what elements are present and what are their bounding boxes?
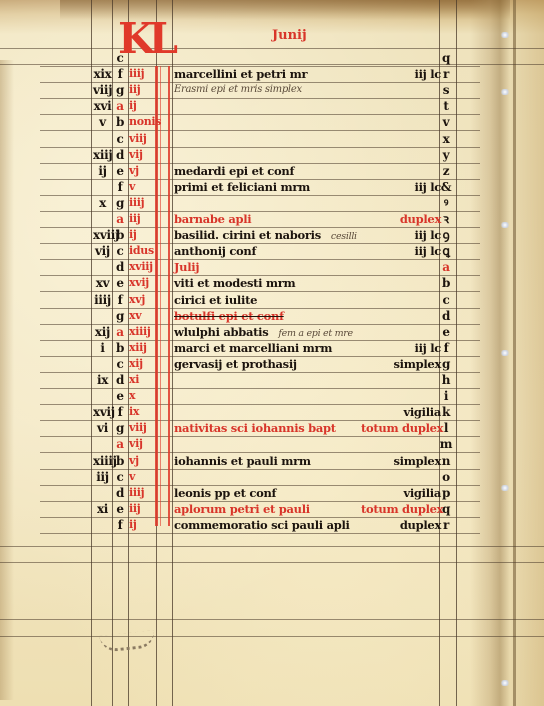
feast-grade: [361, 259, 441, 275]
feast-grade: simplex: [361, 356, 441, 372]
feast-text: Julij: [174, 260, 199, 274]
calendar-row: iijcvo: [91, 469, 456, 485]
feast-text: wlulphi abbatis: [174, 325, 268, 339]
calendar-row: avijm: [91, 436, 456, 452]
roman-date: ix: [129, 404, 155, 420]
day-letter: c: [439, 292, 453, 308]
dominical-letter: b: [114, 453, 126, 469]
feast-grade: [361, 308, 441, 324]
golden-number: i: [93, 340, 112, 356]
dominical-letter: f: [114, 292, 126, 308]
day-letter: z: [439, 163, 453, 179]
feast-text: gervasij et prothasij: [174, 357, 297, 371]
golden-number: xvij: [93, 404, 112, 420]
roman-date: xvj: [129, 292, 155, 308]
day-letter: x: [439, 131, 453, 147]
roman-date: viij: [129, 131, 155, 147]
dominical-letter: e: [114, 501, 126, 517]
feast-grade: vigilia: [361, 404, 441, 420]
ruling-horizontal: [0, 562, 544, 563]
feast-grade: [361, 469, 441, 485]
roman-date: v: [129, 469, 155, 485]
dominical-letter: a: [114, 98, 126, 114]
golden-number: iij: [93, 469, 112, 485]
dominical-letter: f: [114, 404, 126, 420]
dominical-letter: g: [114, 82, 126, 98]
roman-date: x: [129, 388, 155, 404]
golden-number: x: [93, 195, 112, 211]
calendar-row: fijcommemoratio sci pauli apliduplexr: [91, 517, 456, 533]
ruling-horizontal: [40, 533, 480, 534]
day-letter: d: [439, 308, 453, 324]
day-letter: n: [439, 453, 453, 469]
feast-grade: iij lc: [361, 243, 441, 259]
feast-text: Erasmi epi et mris simplex: [174, 84, 302, 95]
roman-date: nonis: [129, 114, 155, 130]
feast-text: medardi epi et conf: [174, 164, 294, 178]
calendar-row: xgiiijꝰ: [91, 195, 456, 211]
calendar-row: vigviijnativitas sci iohannis bapttotum …: [91, 420, 456, 436]
golden-number: xiiij: [93, 453, 112, 469]
roman-date: iij: [129, 211, 155, 227]
calendar-row: xiijdvijy: [91, 147, 456, 163]
day-letter: a: [439, 259, 453, 275]
golden-number: xvi: [93, 98, 112, 114]
feast-text: leonis pp et conf: [174, 486, 276, 500]
stitch-hole: [500, 32, 510, 38]
day-letter: p: [439, 485, 453, 501]
calendar-row: xviaijt: [91, 98, 456, 114]
feast-grade: simplex: [361, 453, 441, 469]
dominical-letter: c: [114, 131, 126, 147]
dominical-letter: b: [114, 340, 126, 356]
stitch-hole: [500, 680, 510, 686]
golden-number: [93, 259, 112, 275]
dominical-letter: a: [114, 324, 126, 340]
stitch-hole: [500, 485, 510, 491]
dominical-letter: f: [114, 179, 126, 195]
day-letter: s: [439, 82, 453, 98]
golden-number: [93, 356, 112, 372]
stitch-hole: [500, 222, 510, 228]
feast-text: primi et feliciani mrm: [174, 180, 310, 194]
dominical-letter: c: [114, 356, 126, 372]
day-letter: g: [439, 356, 453, 372]
golden-number: [93, 131, 112, 147]
dominical-letter: g: [114, 308, 126, 324]
roman-date: ij: [129, 98, 155, 114]
day-letter: q: [439, 501, 453, 517]
gutter-fold: [513, 0, 516, 706]
calendar-row: xieiijaplorum petri et paulitotum duplex…: [91, 501, 456, 517]
feast-grade: [361, 82, 441, 98]
dominical-letter: c: [114, 50, 126, 66]
golden-number: xiij: [93, 147, 112, 163]
roman-date: ij: [129, 517, 155, 533]
golden-number: viij: [93, 82, 112, 98]
day-letter: ꝛ: [439, 211, 453, 227]
golden-number: ix: [93, 372, 112, 388]
day-letter: k: [439, 404, 453, 420]
feast-grade: duplex: [361, 211, 441, 227]
roman-date: iij: [129, 501, 155, 517]
dominical-letter: e: [114, 275, 126, 291]
manuscript-page: KL Junij cqxixfiiijmarcellini et petri m…: [0, 0, 544, 706]
feast-grade: [361, 275, 441, 291]
golden-number: xi: [93, 501, 112, 517]
feast-grade: [361, 131, 441, 147]
golden-number: [93, 308, 112, 324]
calendar-row: xixfiiijmarcellini et petri mriij lcr: [91, 66, 456, 82]
dominical-letter: a: [114, 436, 126, 452]
day-letter: m: [439, 436, 453, 452]
golden-number: xij: [93, 324, 112, 340]
roman-date: vj: [129, 163, 155, 179]
stitch-hole: [500, 89, 510, 95]
day-letter: e: [439, 324, 453, 340]
calendar-row: viijgiijErasmi epi et mris simplexs: [91, 82, 456, 98]
calendar-row: xviijbijbasilid. cirini et naboriscesill…: [91, 227, 456, 243]
golden-number: vij: [93, 243, 112, 259]
ruling-horizontal: [0, 546, 544, 547]
roman-date: vij: [129, 436, 155, 452]
day-letter: b: [439, 275, 453, 291]
feast-text: anthonij conf: [174, 244, 256, 258]
day-letter: ꝰ: [439, 195, 453, 211]
stitch-hole: [500, 350, 510, 356]
golden-number: ij: [93, 163, 112, 179]
ruling-horizontal: [0, 619, 544, 620]
golden-number: [93, 179, 112, 195]
roman-date: xviij: [129, 259, 155, 275]
calendar-row: diiijleonis pp et confvigiliap: [91, 485, 456, 501]
day-letter: v: [439, 114, 453, 130]
feast-grade: iij lc: [361, 66, 441, 82]
ruling-horizontal: [0, 48, 544, 49]
feast-text: barnabe apli: [174, 212, 251, 226]
calendar-row: vbnonisv: [91, 114, 456, 130]
feast-grade: iij lc: [361, 179, 441, 195]
calendar-row: dxviijJulija: [91, 259, 456, 275]
day-letter: &: [439, 179, 453, 195]
day-letter: i: [439, 388, 453, 404]
feast-text: viti et modesti mrm: [174, 276, 295, 290]
calendar-row: fvprimi et feliciani mrmiij lc&: [91, 179, 456, 195]
roman-date: vj: [129, 453, 155, 469]
feast-text: basilid. cirini et naboris: [174, 228, 321, 242]
feast-grade: [361, 436, 441, 452]
dominical-letter: d: [114, 372, 126, 388]
dominical-letter: b: [114, 114, 126, 130]
day-letter: q: [439, 50, 453, 66]
day-letter: f: [439, 340, 453, 356]
feast-text: commemoratio sci pauli apli: [174, 518, 350, 532]
golden-number: iiij: [93, 292, 112, 308]
roman-date: viij: [129, 420, 155, 436]
roman-date: iiij: [129, 195, 155, 211]
roman-date: ij: [129, 227, 155, 243]
day-letter: r: [439, 517, 453, 533]
feast-text: aplorum petri et pauli: [174, 502, 310, 516]
calendar-row: xiiijbvjiohannis et pauli mrmsimplexn: [91, 453, 456, 469]
ruling-horizontal: [0, 636, 544, 637]
feast-grade: [361, 50, 441, 66]
dominical-letter: d: [114, 485, 126, 501]
month-heading: Junij: [272, 28, 307, 43]
calendar-row: cxijgervasij et prothasijsimplexg: [91, 356, 456, 372]
roman-date: xiiij: [129, 324, 155, 340]
feast-grade: duplex: [361, 517, 441, 533]
calendar-row: ijevjmedardi epi et confz: [91, 163, 456, 179]
roman-date: iiij: [129, 66, 155, 82]
roman-date: xiij: [129, 340, 155, 356]
feather-fragment: [99, 630, 155, 653]
golden-number: xv: [93, 275, 112, 291]
calendar-row: vijcidusanthonij confiij lcꝗ: [91, 243, 456, 259]
feast-grade: [361, 324, 441, 340]
water-stain-left: [0, 60, 14, 700]
golden-number: vi: [93, 420, 112, 436]
golden-number: xviij: [93, 227, 112, 243]
calendar-row: xijaxiiijwlulphi abbatisfem a epi et mre…: [91, 324, 456, 340]
roman-date: idus: [129, 243, 155, 259]
calendar-row: xvexvijviti et modesti mrmb: [91, 275, 456, 291]
golden-number: [93, 388, 112, 404]
dominical-letter: c: [114, 243, 126, 259]
feast-grade: [361, 292, 441, 308]
day-letter: ꝗ: [439, 243, 453, 259]
feast-text: botulfi epi et conf: [174, 309, 284, 323]
dominical-letter: f: [114, 66, 126, 82]
feast-grade: [361, 195, 441, 211]
calendar-row: gxvbotulfi epi et confd: [91, 308, 456, 324]
dominical-letter: d: [114, 147, 126, 163]
calendar-row: ixdxih: [91, 372, 456, 388]
feast-grade: [361, 114, 441, 130]
roman-date: xv: [129, 308, 155, 324]
calendar-row: cviijx: [91, 131, 456, 147]
ruling-vertical: [456, 0, 457, 706]
calendar-row: ibxiijmarci et marcelliani mrmiij lcf: [91, 340, 456, 356]
feast-text: iohannis et pauli mrm: [174, 454, 311, 468]
day-letter: h: [439, 372, 453, 388]
calendar-row: aiijbarnabe apliduplexꝛ: [91, 211, 456, 227]
dominical-letter: f: [114, 517, 126, 533]
feast-text: marcellini et petri mr: [174, 67, 307, 81]
feast-text: cirici et iulite: [174, 293, 257, 307]
golden-number: v: [93, 114, 112, 130]
feast-grade: totum duplex: [361, 420, 441, 436]
feast-grade: [361, 388, 441, 404]
golden-number: [93, 50, 112, 66]
calendar-row: iiijfxvjcirici et iulitec: [91, 292, 456, 308]
feast-grade: [361, 163, 441, 179]
feast-grade: iij lc: [361, 227, 441, 243]
dominical-letter: e: [114, 388, 126, 404]
marginal-note: cesilli: [331, 231, 357, 242]
day-letter: y: [439, 147, 453, 163]
roman-date: v: [129, 179, 155, 195]
calendar-row: cq: [91, 50, 456, 66]
dominical-letter: c: [114, 469, 126, 485]
calendar-row: exi: [91, 388, 456, 404]
golden-number: [93, 436, 112, 452]
roman-date: vij: [129, 147, 155, 163]
feast-grade: [361, 147, 441, 163]
marginal-note: fem a epi et mre: [278, 328, 352, 339]
dominical-letter: g: [114, 195, 126, 211]
roman-date: iij: [129, 82, 155, 98]
feast-grade: iij lc: [361, 340, 441, 356]
golden-number: [93, 211, 112, 227]
day-letter: t: [439, 98, 453, 114]
roman-date: xij: [129, 356, 155, 372]
feast-grade: vigilia: [361, 485, 441, 501]
feast-text: nativitas sci iohannis bapt: [174, 421, 336, 435]
golden-number: xix: [93, 66, 112, 82]
feast-grade: totum duplex: [361, 501, 441, 517]
dominical-letter: d: [114, 259, 126, 275]
roman-date: xi: [129, 372, 155, 388]
dominical-letter: a: [114, 211, 126, 227]
day-letter: r: [439, 66, 453, 82]
day-letter: ꝯ: [439, 227, 453, 243]
feast-text: marci et marcelliani mrm: [174, 341, 332, 355]
day-letter: o: [439, 469, 453, 485]
golden-number: [93, 517, 112, 533]
roman-date: [129, 50, 155, 66]
day-letter: l: [439, 420, 453, 436]
roman-date: iiij: [129, 485, 155, 501]
dominical-letter: e: [114, 163, 126, 179]
roman-date: xvij: [129, 275, 155, 291]
calendar-row: xvijfixvigiliak: [91, 404, 456, 420]
dominical-letter: b: [114, 227, 126, 243]
dominical-letter: g: [114, 420, 126, 436]
feast-grade: [361, 98, 441, 114]
golden-number: [93, 485, 112, 501]
feast-grade: [361, 372, 441, 388]
